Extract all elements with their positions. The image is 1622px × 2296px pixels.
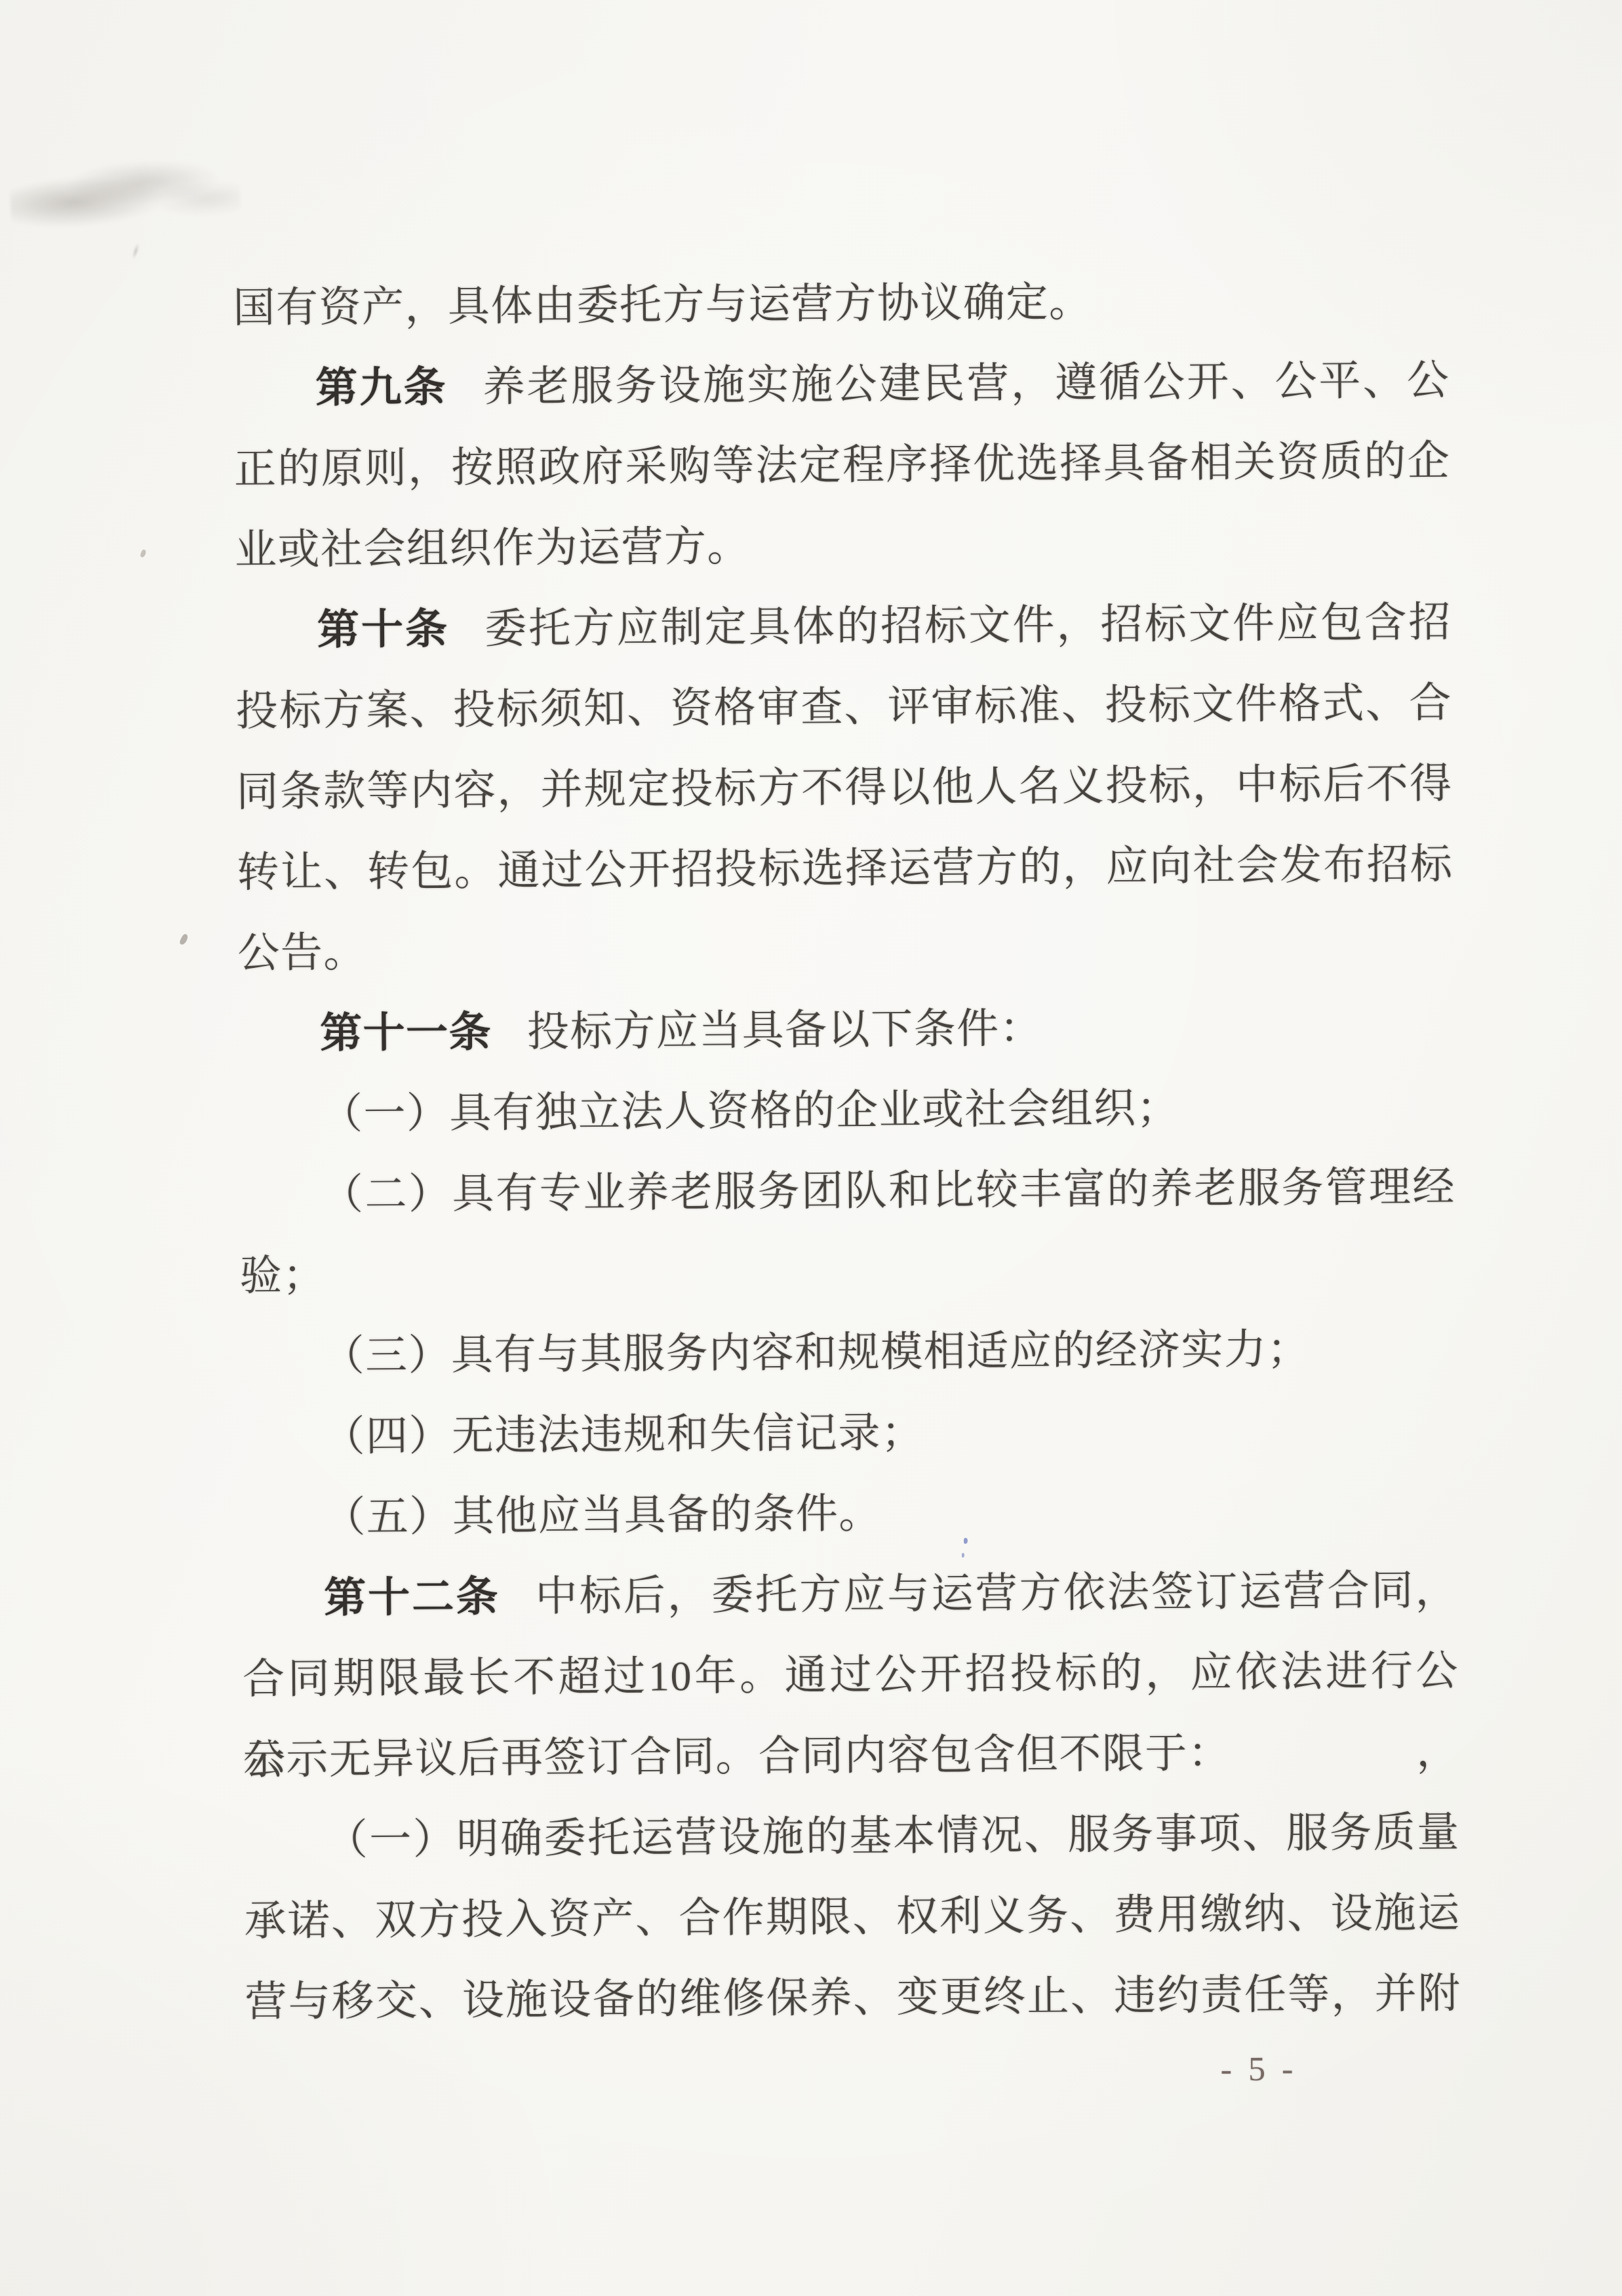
text-line: 公告。 <box>237 904 1454 994</box>
text-line: （五）其他应当具备的条件。 <box>241 1469 1458 1558</box>
line-text: （二）具有专业养老服务团队和比较丰富的养老服务管理经 <box>321 1163 1455 1218</box>
text-line: 投标方案、投标须知、资格审查、评审标准、投标文件格式、合 <box>235 662 1452 752</box>
text-line: 国有资产，具体由委托方与运营方协议确定。 <box>233 259 1450 348</box>
line-text: 中标后，委托方应与运营方依法签订运营合同， <box>535 1567 1458 1620</box>
text-line: 同条款等内容，并规定投标方不得以他人名义投标，中标后不得 <box>236 743 1453 832</box>
text-line: 转让、转包。通过公开招投标选择运营方的，应向社会发布招标 <box>237 824 1454 913</box>
text-line: 正的原则，按照政府采购等法定程序择优选择具备相关资质的企 <box>234 420 1451 510</box>
article-number-lead: 第十一条 <box>320 1008 492 1057</box>
line-text: （五）其他应当具备的条件。 <box>323 1490 882 1541</box>
line-text: 承诺、双方投入资产、合作期限、权利义务、费用缴纳、设施运 <box>244 1889 1460 1944</box>
line-text: （三）具有与其服务内容和规模相适应的经济实力； <box>322 1326 1310 1380</box>
article-number-lead: 第十二条 <box>324 1573 500 1621</box>
line-text: （一）明确委托运营设施的基本情况、服务事项、服务质量 <box>325 1809 1459 1863</box>
text-line: （三）具有与其服务内容和规模相适应的经济实力； <box>240 1308 1457 1397</box>
line-text: 业或社会组织作为运营方。 <box>235 523 750 573</box>
ink-speck <box>140 549 147 558</box>
line-text: 公告。 <box>237 929 366 977</box>
text-line: 第十条委托方应制定具体的招标文件，招标文件应包含招 <box>235 582 1452 671</box>
line-text: 养老服务设施实施公建民营，遵循公开、公平、公 <box>483 357 1450 410</box>
line-text: 营与移交、设施设备的维修保养、变更终止、违约责任等，并附 <box>245 1970 1461 2025</box>
line-text: 国有资产，具体由委托方与运营方协议确定。 <box>233 279 1092 331</box>
scanner-smudge-tail <box>129 239 142 262</box>
scanned-document-page: 国有资产，具体由委托方与运营方协议确定。第九条养老服务设施实施公建民营，遵循公开… <box>0 0 1622 2296</box>
line-text: 投标方应当具备以下条件： <box>527 1005 1042 1055</box>
line-text: 委托方应制定具体的招标文件，招标文件应包含招 <box>485 599 1452 652</box>
line-text: （一）具有独立法人资格的企业或社会组织； <box>321 1085 1179 1137</box>
line-text: 投标方案、投标须知、资格审查、评审标准、投标文件格式、合 <box>235 679 1452 735</box>
text-line: 业或社会组织作为运营方。 <box>235 501 1452 590</box>
article-number-lead: 第十条 <box>317 605 450 653</box>
text-line: 承诺、双方投入资产、合作期限、权利义务、费用缴纳、设施运 <box>244 1872 1461 1962</box>
text-line: （一）明确委托运营设施的基本情况、服务事项、服务质量 <box>243 1792 1460 1881</box>
line-text: 同条款等内容，并规定投标方不得以他人名义投标，中标后不得 <box>236 760 1452 815</box>
text-line: 第十二条中标后，委托方应与运营方依法签订运营合同， <box>242 1550 1459 1639</box>
text-line: 第九条养老服务设施实施公建民营，遵循公开、公平、公 <box>233 340 1450 429</box>
text-line: （四）无违法违规和失信记录； <box>241 1388 1457 1478</box>
line-text: 正的原则，按照政府采购等法定程序择优选择具备相关资质的企 <box>234 437 1450 493</box>
page-number: - 5 - <box>1210 2049 1308 2089</box>
article-number-lead: 第九条 <box>315 363 448 411</box>
text-line: 营与移交、设施设备的维修保养、变更终止、违约责任等，并附 <box>245 1953 1461 2042</box>
scanner-smudge <box>8 146 241 240</box>
text-line: （二）具有专业养老服务团队和比较丰富的养老服务管理经 <box>239 1146 1455 1236</box>
text-line: （一）具有独立法人资格的企业或社会组织； <box>239 1066 1455 1155</box>
text-line: 验； <box>239 1227 1456 1316</box>
text-line: 第十一条投标方应当具备以下条件： <box>238 985 1455 1074</box>
document-text: 国有资产，具体由委托方与运营方协议确定。第九条养老服务设施实施公建民营，遵循公开… <box>233 259 1461 2042</box>
line-text: （四）无违法违规和失信记录； <box>323 1409 924 1460</box>
line-text: 验； <box>239 1252 325 1299</box>
line-text: 转让、转包。通过公开招投标选择运营方的，应向社会发布招标 <box>237 841 1453 896</box>
text-line: 合同期限最长不超过10年。通过公开招投标的，应依法进行公示， <box>243 1630 1459 1720</box>
line-text: 公示无异议后再签订合同。合同内容包含但不限于： <box>243 1729 1231 1783</box>
ink-speck <box>179 933 189 946</box>
